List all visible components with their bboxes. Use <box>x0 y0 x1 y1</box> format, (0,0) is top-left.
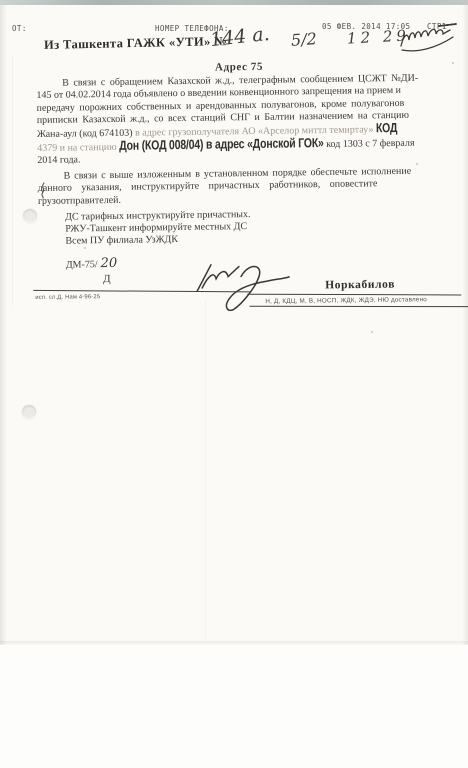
paper-speck <box>416 163 418 165</box>
paper-speck <box>452 62 454 64</box>
pen-flourish-icon <box>398 25 456 53</box>
scan-artifact-line <box>12 56 13 306</box>
hole-punch-mark <box>23 209 37 223</box>
scanner-edge-strip <box>0 0 468 5</box>
scanner-background <box>0 645 468 768</box>
text-faded: 4379 и на станцию <box>37 141 117 153</box>
text-normal: код 1303 с 7 февраля <box>326 137 415 149</box>
paragraph2: В связи с выше изложенным в установленно… <box>37 165 443 208</box>
stray-pen-mark-icon <box>39 182 48 199</box>
signer-position-letter: Д <box>103 273 111 285</box>
handwritten-mark-1: 5/2 <box>290 29 317 50</box>
paper-speck <box>371 331 373 333</box>
signer-name: Норкабилов <box>325 279 395 292</box>
origin-line-printed: Из Ташкента ГАЖК «УТИ» № <box>44 34 227 53</box>
handwritten-document-number: 144 а. <box>209 23 271 51</box>
paper-speck <box>84 247 86 249</box>
text-stamped-overlay: КОД <box>376 121 398 137</box>
executor-note: исп. сл.Д. Нам 4-96-25 <box>35 294 100 301</box>
page-left-edge <box>0 5 7 645</box>
fax-from-label: ОТ: <box>12 24 27 33</box>
signature-rule-left <box>33 290 251 293</box>
reference-handwritten: 20 <box>101 256 118 271</box>
reference-printed: ДМ-75/ <box>66 259 98 270</box>
scan-artifact-line <box>205 300 206 640</box>
instruction-list: ДС тарифных инструктируйте причастных. Р… <box>38 206 444 249</box>
delivery-note: Н, Д, КДЦ, М, В, НОСП, ЖДК, ЖДЭ, НЮ дост… <box>265 296 427 305</box>
page-right-edge <box>462 5 468 645</box>
signature-block: Д Норкабилов исп. сл.Д. Нам 4-96-25 Н, Д… <box>33 266 448 321</box>
hole-punch-mark <box>22 405 36 419</box>
scanned-fax-document: ОТ: НОМЕР ТЕЛЕФОНА: 05 ФЕВ. 2014 17:05 С… <box>0 0 468 768</box>
document-body: Адрес 75 В связи с обращением Казахской … <box>36 58 445 272</box>
text-stamped-overlay: Дон (КОД 008/04) в адрес «Донской ГОК» <box>119 135 324 154</box>
